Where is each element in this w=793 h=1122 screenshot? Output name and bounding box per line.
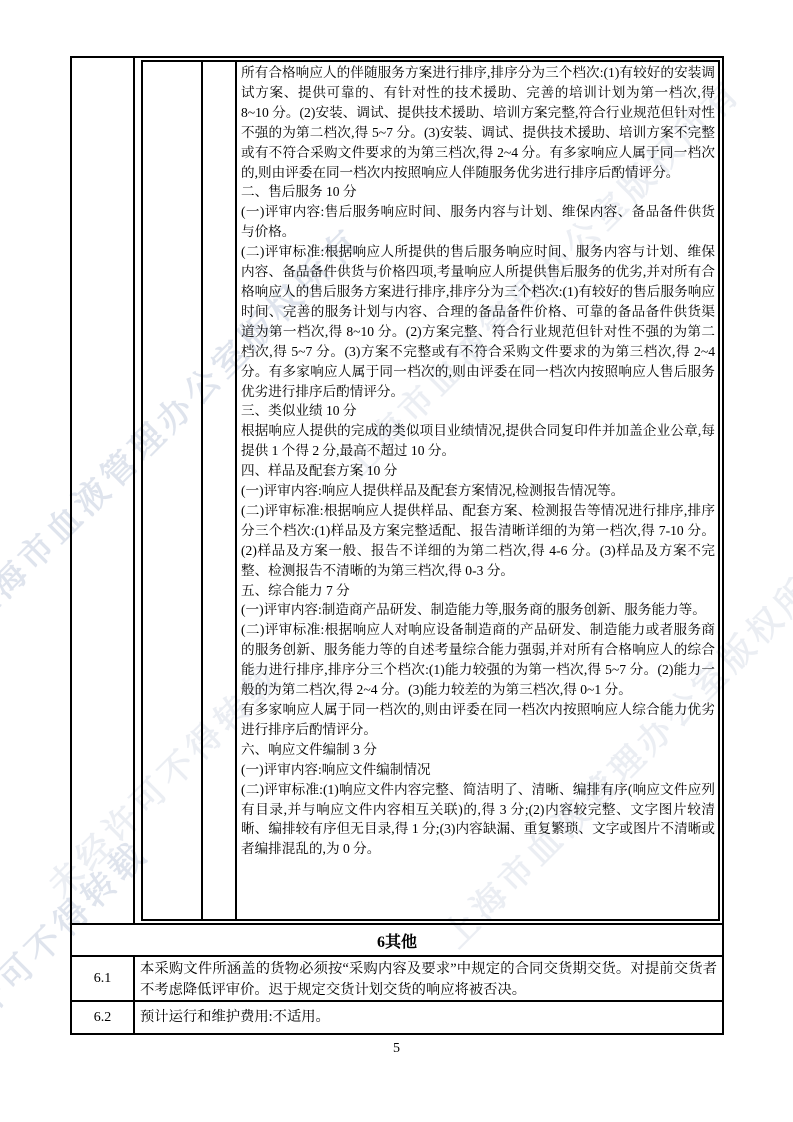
table-row-6-2: 6.2 预计运行和维护费用:不适用。 (72, 1000, 722, 1033)
criteria-paragraph: 四、样品及配套方案 10 分 (241, 461, 715, 481)
table-row-6-1: 6.1 本采购文件所涵盖的货物必须按“采购内容及要求”中规定的合同交货期交货。对… (72, 955, 722, 1000)
document-page: 上海市血液管理办公室版权所有 未经许可不得转载 上海市血液管理办公室版权所有 上… (0, 0, 793, 1122)
criteria-paragraph: 根据响应人提供的完成的类似项目业绩情况,提供合同复印件并加盖企业公章,每提供 1… (241, 421, 715, 461)
evaluation-left-empty-column (72, 58, 135, 923)
row-number-cell: 6.2 (72, 1002, 135, 1033)
row-text-cell: 本采购文件所涵盖的货物必须按“采购内容及要求”中规定的合同交货期交货。对提前交货… (135, 957, 722, 1000)
evaluation-main-cell: 所有合格响应人的伴随服务方案进行排序,排序分为三个档次:(1)有较好的安装调试方… (135, 58, 722, 923)
criteria-paragraph: 所有合格响应人的伴随服务方案进行排序,排序分为三个档次:(1)有较好的安装调试方… (241, 63, 715, 182)
nested-criteria-table: 所有合格响应人的伴随服务方案进行排序,排序分为三个档次:(1)有较好的安装调试方… (141, 60, 720, 921)
criteria-paragraph: (一)评审内容:制造商产品研发、制造能力等,服务商的服务创新、服务能力等。 (241, 600, 715, 620)
criteria-paragraph: 六、响应文件编制 3 分 (241, 740, 715, 760)
criteria-paragraph: 五、综合能力 7 分 (241, 581, 715, 601)
criteria-paragraph: (二)评审标准:根据响应人提供样品、配套方案、检测报告等情况进行排序,排序分三个… (241, 501, 715, 581)
criteria-paragraph: (一)评审内容:售后服务响应时间、服务内容与计划、维保内容、备品备件供货与价格。 (241, 202, 715, 242)
criteria-paragraph: (一)评审内容:响应人提供样品及配套方案情况,检测报告情况等。 (241, 481, 715, 501)
criteria-paragraph: (一)评审内容:响应文件编制情况 (241, 760, 715, 780)
nested-empty-column-2 (203, 62, 237, 919)
criteria-paragraph: 三、类似业绩 10 分 (241, 401, 715, 421)
other-section-title: 6其他 (377, 929, 417, 952)
nested-empty-column-1 (143, 62, 203, 919)
criteria-paragraph: 有多家响应人属于同一档次的,则由评委在同一档次内按照响应人综合能力优劣进行排序后… (241, 700, 715, 740)
other-section-header-row: 6其他 (72, 923, 722, 955)
row-number-cell: 6.1 (72, 957, 135, 1000)
criteria-paragraph: (二)评审标准:根据响应人所提供的售后服务响应时间、服务内容与计划、维保内容、备… (241, 242, 715, 401)
criteria-paragraph: (二)评审标准:根据响应人对响应设备制造商的产品研发、制造能力或者服务商的服务创… (241, 620, 715, 700)
evaluation-continuation-row: 所有合格响应人的伴随服务方案进行排序,排序分为三个档次:(1)有较好的安装调试方… (72, 58, 722, 923)
criteria-paragraph: (二)评审标准:(1)响应文件内容完整、简洁明了、清晰、编排有序(响应文件应列有… (241, 780, 715, 860)
page-number: 5 (0, 1041, 793, 1057)
evaluation-table: 所有合格响应人的伴随服务方案进行排序,排序分为三个档次:(1)有较好的安装调试方… (70, 56, 724, 1035)
criteria-text-cell: 所有合格响应人的伴随服务方案进行排序,排序分为三个档次:(1)有较好的安装调试方… (237, 62, 718, 919)
row-text-cell: 预计运行和维护费用:不适用。 (135, 1002, 722, 1033)
criteria-paragraph: 二、售后服务 10 分 (241, 182, 715, 202)
